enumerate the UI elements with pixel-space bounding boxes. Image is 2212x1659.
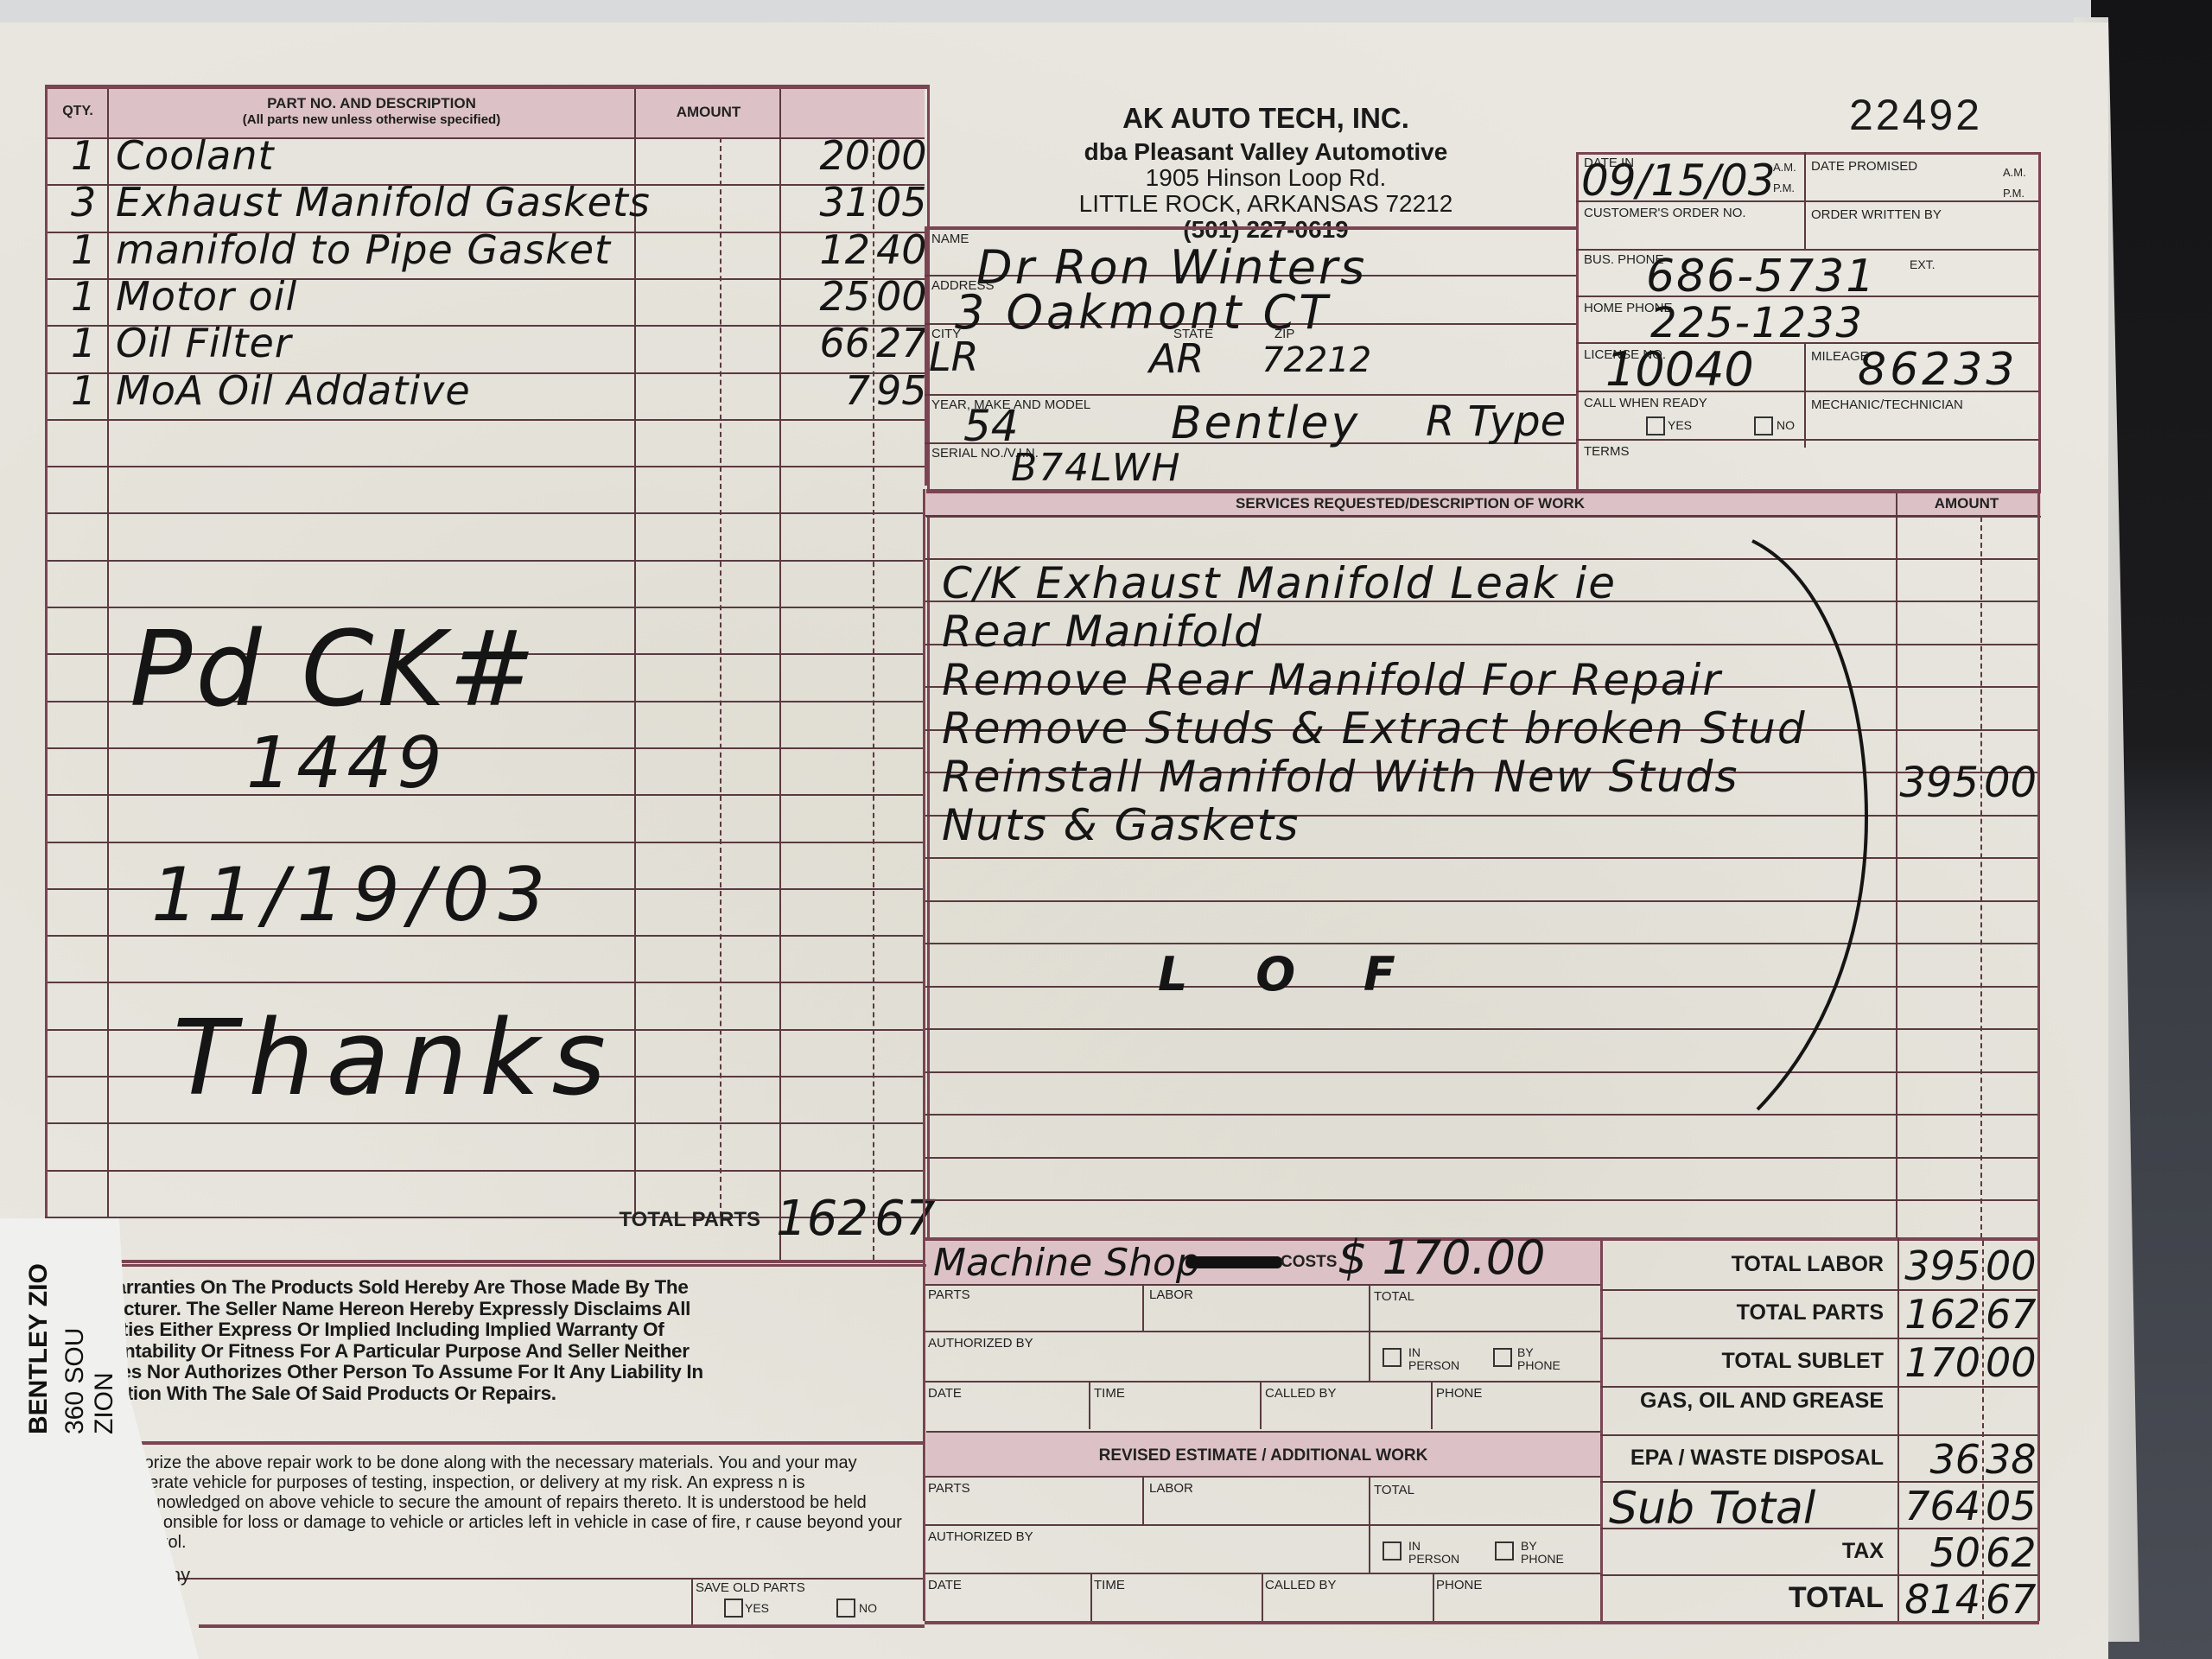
home-phone-value: 225-1233 xyxy=(1650,299,1864,347)
sublet-total-label: TOTAL xyxy=(1374,1289,1414,1304)
company-name: AK AUTO TECH, INC. xyxy=(985,102,1547,135)
sublet-rule-1 xyxy=(925,1284,1600,1286)
parts-row-rule xyxy=(48,794,925,796)
description-header: PART NO. AND DESCRIPTION xyxy=(108,95,635,112)
customer-top-rule xyxy=(925,226,1577,230)
sublet-costs-value: $ 170.00 xyxy=(1338,1230,1545,1285)
parts-row-rule xyxy=(48,747,925,749)
order-written-label: ORDER WRITTEN BY xyxy=(1811,207,1942,222)
totals-cents: 38 xyxy=(1986,1436,2037,1483)
amount-header: AMOUNT xyxy=(635,104,782,121)
date-promised-pm: P.M. xyxy=(2003,187,2024,200)
totals-dollars: 162 xyxy=(1899,1291,1980,1338)
totals-label: TOTAL PARTS xyxy=(1609,1301,1884,1324)
revised-parts-label: PARTS xyxy=(928,1481,970,1496)
sublet-col-1 xyxy=(1142,1284,1144,1331)
part-qty: 1 xyxy=(71,320,96,366)
service-line: Nuts & Gaskets xyxy=(942,800,1300,850)
part-qty: 1 xyxy=(71,273,96,320)
overlay-line-3: ZION xyxy=(90,1372,119,1434)
parts-row-rule xyxy=(48,842,925,843)
save-parts-no-label: NO xyxy=(859,1601,877,1615)
customer-row-rule xyxy=(925,394,1577,396)
parts-row-rule xyxy=(48,184,925,186)
license-value: 10040 xyxy=(1605,342,1754,397)
revised-rule-2 xyxy=(925,1524,1600,1526)
part-amount-dollars: 7 xyxy=(782,367,870,414)
totals-label: TOTAL xyxy=(1609,1586,1884,1609)
part-description: Oil Filter xyxy=(116,320,292,366)
cents-dash xyxy=(873,137,874,1260)
sublet-rule-2 xyxy=(925,1331,1600,1332)
warranty-text: Any Warranties On The Products Sold Here… xyxy=(57,1277,714,1404)
parts-row-rule xyxy=(48,1122,925,1124)
totals-cents: 00 xyxy=(1986,1339,2037,1386)
parts-row-rule xyxy=(48,419,925,421)
revised-in-person-label: IN PERSON xyxy=(1408,1540,1460,1566)
sublet-called-by-label: CALLED BY xyxy=(1265,1386,1337,1401)
mechanic-label: MECHANIC/TECHNICIAN xyxy=(1811,397,1963,412)
totals-label: TOTAL LABOR xyxy=(1609,1253,1884,1275)
part-description: Exhaust Manifold Gaskets xyxy=(116,179,651,226)
sublet-authorized-label: AUTHORIZED BY xyxy=(928,1336,1033,1351)
call-yes-checkbox[interactable] xyxy=(1646,416,1665,435)
services-cents-dash xyxy=(1980,517,1982,1238)
sublet-by-phone-checkbox[interactable] xyxy=(1493,1348,1512,1367)
totals-cents: 05 xyxy=(1986,1483,2037,1529)
totals-label: Sub Total xyxy=(1609,1483,1815,1535)
parts-row-rule xyxy=(48,372,925,374)
revised-col-4 xyxy=(1262,1573,1263,1621)
totals-cents: 67 xyxy=(1986,1291,2037,1338)
revised-phone-label: PHONE xyxy=(1436,1578,1482,1592)
parts-row-rule xyxy=(48,137,925,139)
revised-total-label: TOTAL xyxy=(1374,1483,1414,1497)
revised-time-label: TIME xyxy=(1094,1578,1125,1592)
totals-cents: 67 xyxy=(1986,1576,2037,1623)
totals-label: TAX xyxy=(1609,1540,1884,1562)
save-old-parts-label: SAVE OLD PARTS xyxy=(696,1580,805,1595)
totals-dollars: 814 xyxy=(1899,1576,1980,1623)
service-line: Remove Rear Manifold For Repair xyxy=(942,655,1722,705)
sublet-right-divider xyxy=(1600,1237,1603,1621)
part-description: MoA Oil Addative xyxy=(116,367,471,414)
paid-date-note: 11/19/03 xyxy=(151,852,554,938)
totals-label: TOTAL SUBLET xyxy=(1609,1350,1884,1372)
totals-dollars: 36 xyxy=(1899,1436,1980,1483)
parts-row-rule xyxy=(48,325,925,327)
customer-order-label: CUSTOMER'S ORDER NO. xyxy=(1584,206,1746,220)
parts-row-rule xyxy=(48,607,925,608)
part-amount-cents: 05 xyxy=(876,179,927,226)
order-rule-6 xyxy=(1576,439,2038,441)
sublet-costs-label: COSTS xyxy=(1281,1253,1337,1272)
service-line: Rear Manifold xyxy=(942,607,1263,657)
parts-row-rule xyxy=(48,560,925,562)
save-parts-yes-label: YES xyxy=(745,1601,769,1615)
service-line: C/K Exhaust Manifold Leak ie xyxy=(942,558,1617,608)
totals-dollars: 764 xyxy=(1899,1483,1980,1529)
revised-called-by-label: CALLED BY xyxy=(1265,1578,1337,1592)
totals-label: GAS, OIL AND GREASE xyxy=(1609,1389,1884,1412)
part-qty: 1 xyxy=(71,132,96,179)
services-amount-dollars: 395 xyxy=(1897,759,1979,807)
parts-row-rule xyxy=(48,232,925,233)
redaction-mark xyxy=(1185,1256,1282,1268)
sublet-col-5 xyxy=(1431,1381,1433,1429)
services-header: SERVICES REQUESTED/DESCRIPTION OF WORK xyxy=(926,495,1894,512)
call-no-label: NO xyxy=(1777,418,1795,432)
totals-dollars: 170 xyxy=(1899,1339,1980,1386)
vehicle-model: R Type xyxy=(1426,397,1566,446)
revised-in-person-checkbox[interactable] xyxy=(1382,1541,1402,1560)
date-in-value: 09/15/03 xyxy=(1581,156,1776,206)
bracket-stroke xyxy=(1745,532,1901,1120)
zip-label: ZIP xyxy=(1274,327,1294,341)
warranty-bottom-rule xyxy=(45,1441,925,1445)
order-number: 22492 xyxy=(1849,90,1982,140)
parts-row-rule xyxy=(48,1170,925,1172)
parts-row-rule xyxy=(48,278,925,280)
total-parts-dollars: 162 xyxy=(760,1191,868,1247)
revised-header: REVISED ESTIMATE / ADDITIONAL WORK xyxy=(926,1446,1600,1465)
service-line: Remove Studs & Extract broken Stud xyxy=(942,703,1807,753)
save-parts-divider xyxy=(691,1578,693,1624)
signature-top-rule xyxy=(199,1624,925,1628)
totals-cents: 00 xyxy=(1986,1243,2037,1289)
company-address: 1905 Hinson Loop Rd. xyxy=(985,164,1547,192)
revised-bottom-rule xyxy=(925,1621,2039,1624)
totals-row-rule xyxy=(1600,1386,2037,1388)
parts-row-rule xyxy=(48,466,925,467)
part-amount-dollars: 25 xyxy=(782,273,870,320)
sublet-col-3 xyxy=(1089,1381,1090,1429)
sublet-labor-label: LABOR xyxy=(1149,1287,1193,1302)
sublet-machine-shop: Machine Shop xyxy=(933,1241,1200,1285)
vehicle-make: Bentley xyxy=(1171,397,1360,449)
part-amount-cents: 00 xyxy=(876,273,927,320)
services-amount-cents: 00 xyxy=(1984,759,2037,807)
totals-dollars: 50 xyxy=(1899,1529,1980,1576)
amount-col-divider xyxy=(779,89,781,1260)
customer-zip: 72212 xyxy=(1262,340,1371,380)
part-amount-cents: 95 xyxy=(876,367,927,414)
call-when-ready-label: CALL WHEN READY xyxy=(1584,396,1707,410)
part-amount-dollars: 31 xyxy=(782,179,870,226)
sublet-rule-3 xyxy=(925,1381,1600,1382)
revised-authorized-label: AUTHORIZED BY xyxy=(928,1529,1033,1544)
repair-order-form: QTY. PART NO. AND DESCRIPTION (All parts… xyxy=(0,22,2108,1659)
revised-labor-label: LABOR xyxy=(1149,1481,1193,1496)
customer-left-border xyxy=(925,226,927,486)
service-row-rule xyxy=(925,1199,2037,1201)
mileage-value: 86233 xyxy=(1858,344,2018,396)
save-parts-no-checkbox[interactable] xyxy=(836,1599,855,1618)
call-yes-label: YES xyxy=(1668,418,1692,432)
part-amount-cents: 27 xyxy=(876,320,927,366)
sublet-in-person-label: IN PERSON xyxy=(1408,1346,1460,1372)
bus-phone-value: 686-5731 xyxy=(1646,251,1876,302)
lof-note: L O F xyxy=(1158,947,1421,1001)
order-info-mid-divider-2 xyxy=(1804,342,1806,448)
revised-date-label: DATE xyxy=(928,1578,962,1592)
thanks-note: Thanks xyxy=(173,999,618,1119)
revised-by-phone-label: BY PHONE xyxy=(1521,1540,1564,1566)
date-promised-label: DATE PROMISED xyxy=(1811,159,1917,174)
date-in-pm: P.M. xyxy=(1773,181,1795,194)
part-amount-dollars: 66 xyxy=(782,320,870,366)
company-dba: dba Pleasant Valley Automotive xyxy=(985,138,1547,166)
service-line: Reinstall Manifold With New Studs xyxy=(942,752,1738,802)
overlay-line-2: 360 SOU xyxy=(60,1328,90,1434)
part-description: manifold to Pipe Gasket xyxy=(116,226,611,273)
warranty-top-rule xyxy=(45,1260,925,1263)
parts-row-rule xyxy=(48,512,925,514)
service-row-rule xyxy=(925,1157,2037,1159)
revised-by-phone-checkbox[interactable] xyxy=(1495,1541,1514,1560)
customer-state: AR xyxy=(1149,335,1204,382)
sublet-in-person-checkbox[interactable] xyxy=(1382,1348,1402,1367)
call-no-checkbox[interactable] xyxy=(1754,416,1773,435)
totals-cents: 62 xyxy=(1986,1529,2037,1576)
name-label: NAME xyxy=(931,232,969,246)
totals-label: EPA / WASTE DISPOSAL xyxy=(1609,1446,1884,1469)
middle-left-border xyxy=(923,489,925,1621)
part-amount-cents: 40 xyxy=(876,226,927,273)
customer-city: LR xyxy=(929,334,979,380)
sublet-phone-label: PHONE xyxy=(1436,1386,1482,1401)
save-parts-yes-checkbox[interactable] xyxy=(724,1599,743,1618)
authorization-text: thorize the above repair work to be done… xyxy=(130,1453,907,1553)
paid-check-note: Pd CK# xyxy=(130,610,539,730)
vehicle-serial: B74LWH xyxy=(1011,446,1182,490)
ext-label: EXT. xyxy=(1910,257,1935,271)
sublet-col-4 xyxy=(1260,1381,1262,1429)
sublet-date-label: DATE xyxy=(928,1386,962,1401)
part-amount-dollars: 20 xyxy=(782,132,870,179)
part-qty: 1 xyxy=(71,367,96,414)
part-qty: 1 xyxy=(71,226,96,273)
vehicle-year: 54 xyxy=(963,401,1019,451)
part-qty: 3 xyxy=(71,179,96,226)
check-number-note: 1449 xyxy=(246,722,448,804)
totals-dollars: 395 xyxy=(1899,1243,1980,1289)
services-right-border xyxy=(2037,489,2040,1621)
total-parts-label: TOTAL PARTS xyxy=(518,1208,760,1232)
sublet-parts-label: PARTS xyxy=(928,1287,970,1302)
revised-col-1 xyxy=(1142,1476,1144,1524)
revised-col-3 xyxy=(1090,1573,1092,1621)
description-subheader: (All parts new unless otherwise specifie… xyxy=(108,112,635,127)
parts-row-rule xyxy=(48,982,925,983)
amount-inner-dash xyxy=(720,137,721,1217)
sublet-time-label: TIME xyxy=(1094,1386,1125,1401)
revised-col-5 xyxy=(1433,1573,1434,1621)
part-description: Coolant xyxy=(116,132,275,179)
terms-label: TERMS xyxy=(1584,444,1630,459)
overlay-line-1: BENTLEY ZIO xyxy=(24,1263,54,1434)
sublet-col-2 xyxy=(1369,1284,1370,1381)
part-description: Motor oil xyxy=(116,273,297,320)
part-amount-cents: 00 xyxy=(876,132,927,179)
company-city: LITTLE ROCK, ARKANSAS 72212 xyxy=(985,190,1547,218)
date-promised-am: A.M. xyxy=(2003,166,2026,179)
sublet-by-phone-label: BY PHONE xyxy=(1517,1346,1560,1372)
part-amount-dollars: 12 xyxy=(782,226,870,273)
qty-header: QTY. xyxy=(52,104,104,119)
service-row-rule xyxy=(925,515,2037,517)
services-amount-header: AMOUNT xyxy=(1897,495,2036,512)
totals-cents-dash xyxy=(1982,1241,1984,1619)
authorization-bottom-rule xyxy=(173,1578,925,1580)
date-in-am: A.M. xyxy=(1773,161,1796,174)
revised-rule-1 xyxy=(925,1476,1600,1478)
